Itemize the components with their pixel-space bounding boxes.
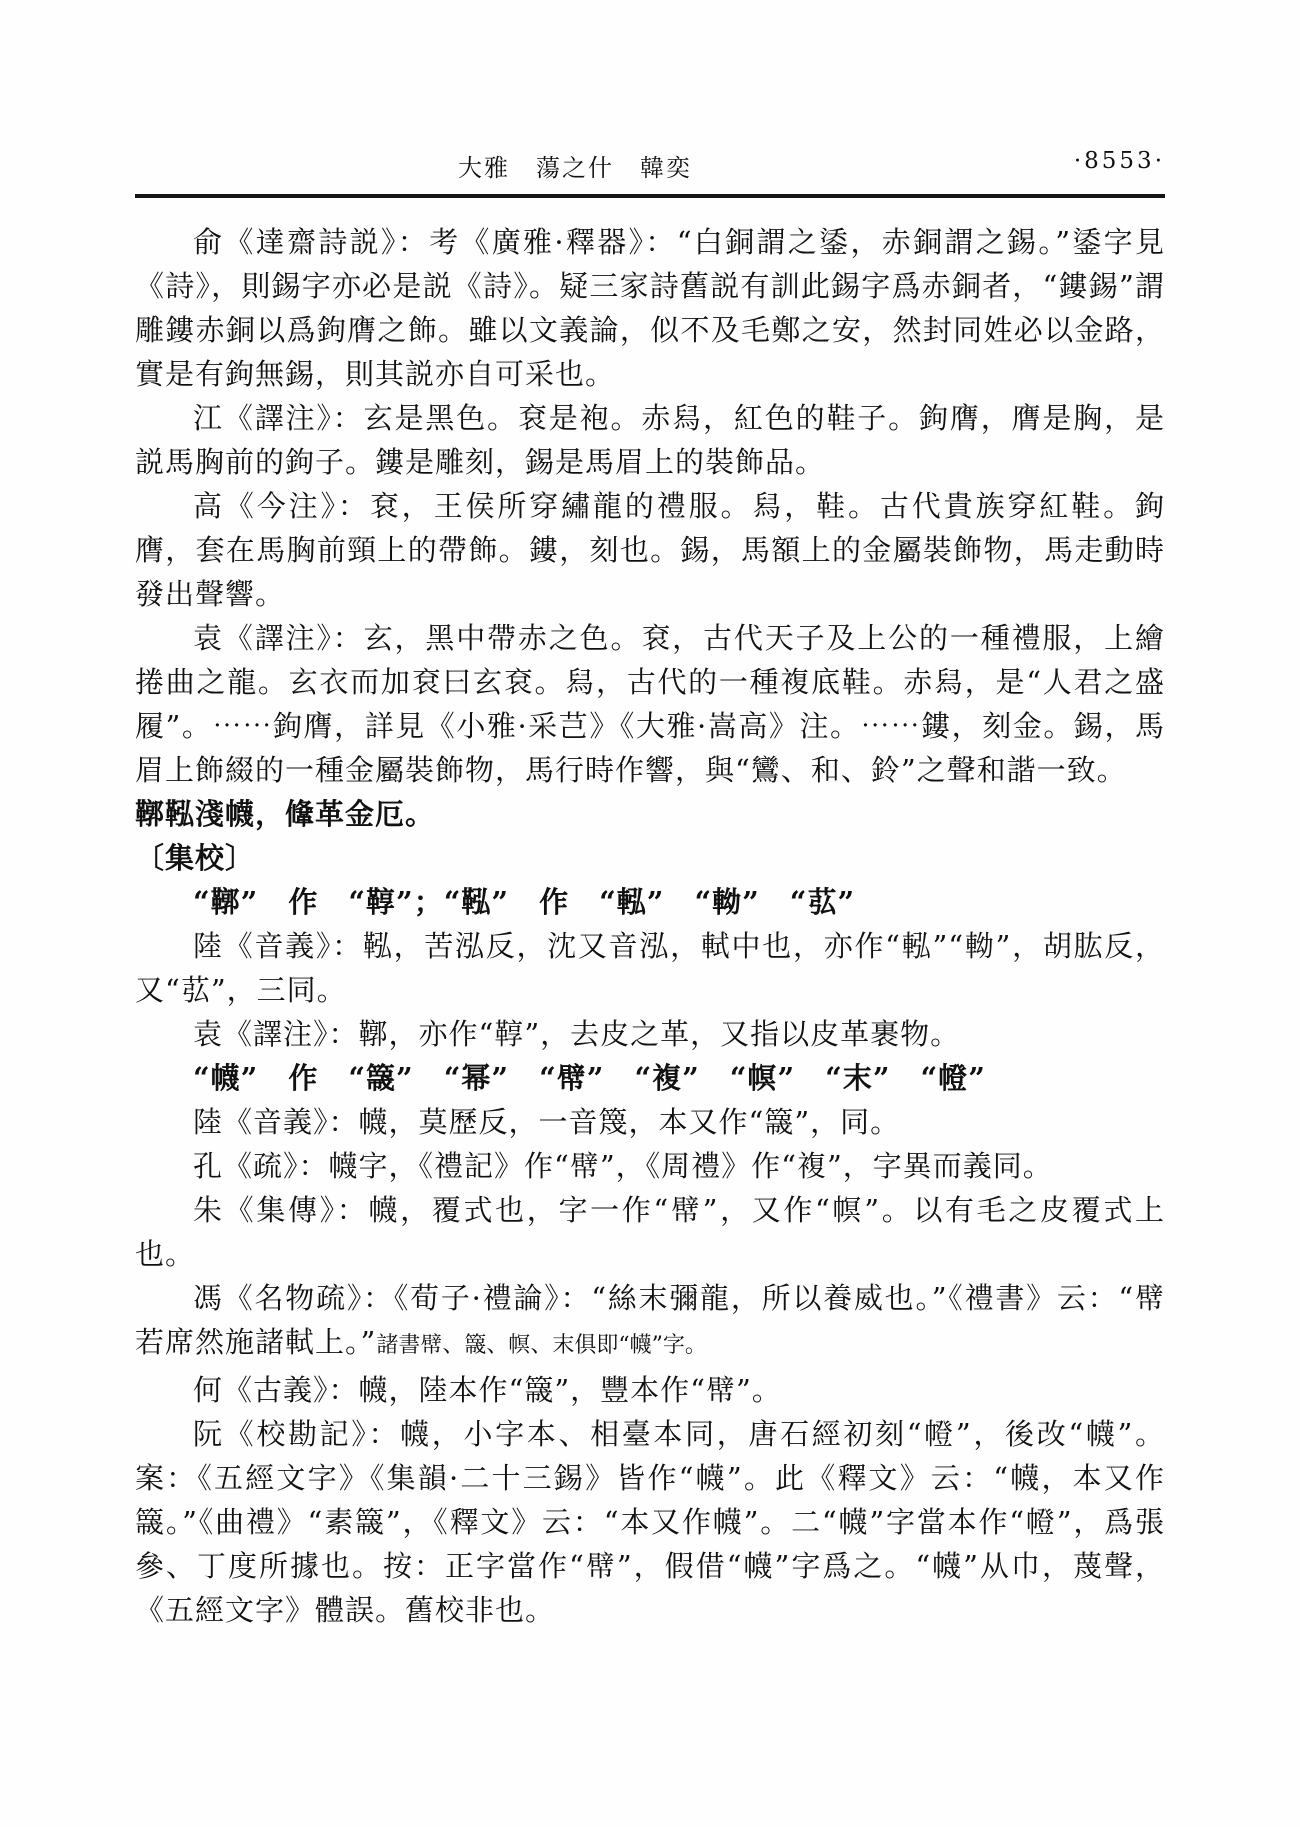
- commentary-yuan-yizhu: 袁《譯注》：玄，黑中帶赤之色。袞，古代天子及上公的一種禮服，上繪捲曲之龍。玄衣而…: [135, 616, 1165, 792]
- header-rule: [135, 194, 1165, 198]
- collation-variants-line-mie: “幭” 作 “簚” “幂” “幦” “複” “幎” “末” “㡠”: [135, 1056, 1165, 1100]
- commentary-body: 俞《達齋詩説》：考《廣雅·釋器》：“白銅謂之鋈，赤銅謂之錫。”鋈字見《詩》，則錫…: [135, 220, 1165, 1632]
- collation-feng-mingwushu: 馮《名物疏》：《荀子·禮論》：“絲末彌龍，所以養威也。”《禮書》云：“幦若席然施…: [135, 1276, 1165, 1368]
- collation-variants-line-kuo-hong: “鞹” 作 “鞟”；“鞃” 作 “䡏” “軪” “苰”: [135, 880, 1165, 924]
- page-content: 大雅 蕩之什 韓奕 ·8553· 俞《達齋詩説》：考《廣雅·釋器》：“白銅謂之鋈…: [135, 130, 1165, 1632]
- section-label-jixiao: 〔集校〕: [135, 836, 1165, 880]
- commentary-yu-dazhaishishuo: 俞《達齋詩説》：考《廣雅·釋器》：“白銅謂之鋈，赤銅謂之錫。”鋈字見《詩》，則錫…: [135, 220, 1165, 396]
- running-head-section-title: 大雅 蕩之什 韓奕: [60, 148, 1090, 183]
- commentary-jiang-yizhu: 江《譯注》：玄是黑色。袞是袍。赤舄，紅色的鞋子。鉤膺，膺是胸，是説馬胸前的鉤子。…: [135, 396, 1165, 484]
- collation-he-guyi: 何《古義》：幭，陸本作“簚”，豐本作“幦”。: [135, 1368, 1165, 1412]
- commentary-gao-jinzhu: 高《今注》：袞，王侯所穿繡龍的禮服。舄，鞋。古代貴族穿紅鞋。鉤膺，套在馬胸前頸上…: [135, 484, 1165, 616]
- collation-yuan-yizhu-kuo: 袁《譯注》：鞹，亦作“鞟”，去皮之革，又指以皮革裹物。: [135, 1012, 1165, 1056]
- collation-ruan-jiaokanji: 阮《校勘記》：幭，小字本、相臺本同，唐石經初刻“㡠”，後改“幭”。案：《五經文字…: [135, 1412, 1165, 1632]
- collation-zhu-jizhuan: 朱《集傳》：幭，覆式也，字一作“幦”，又作“幎”。以有毛之皮覆式上也。: [135, 1188, 1165, 1276]
- book-page: 大雅 蕩之什 韓奕 ·8553· 俞《達齋詩説》：考《廣雅·釋器》：“白銅謂之鋈…: [0, 0, 1300, 1827]
- page-number: ·8553·: [1074, 148, 1165, 174]
- page-header: 大雅 蕩之什 韓奕 ·8553·: [135, 130, 1165, 194]
- verse-heading: 鞹鞃淺幭，鞗革金厄。: [135, 792, 1165, 836]
- collation-lu-yinyi-mie: 陸《音義》：幭，莫歷反，一音篾，本又作“簚”，同。: [135, 1100, 1165, 1144]
- collation-kong-shu: 孔《疏》：幭字，《禮記》作“幦”，《周禮》作“複”，字異而義同。: [135, 1144, 1165, 1188]
- collation-lu-yinyi-hong: 陸《音義》：鞃，苦泓反，沈又音泓，軾中也，亦作“䡏”“軪”，胡肱反，又“苰”，三…: [135, 924, 1165, 1012]
- feng-inline-note: 諸書幦、簚、幎、末俱即“幭”字。: [376, 1333, 707, 1358]
